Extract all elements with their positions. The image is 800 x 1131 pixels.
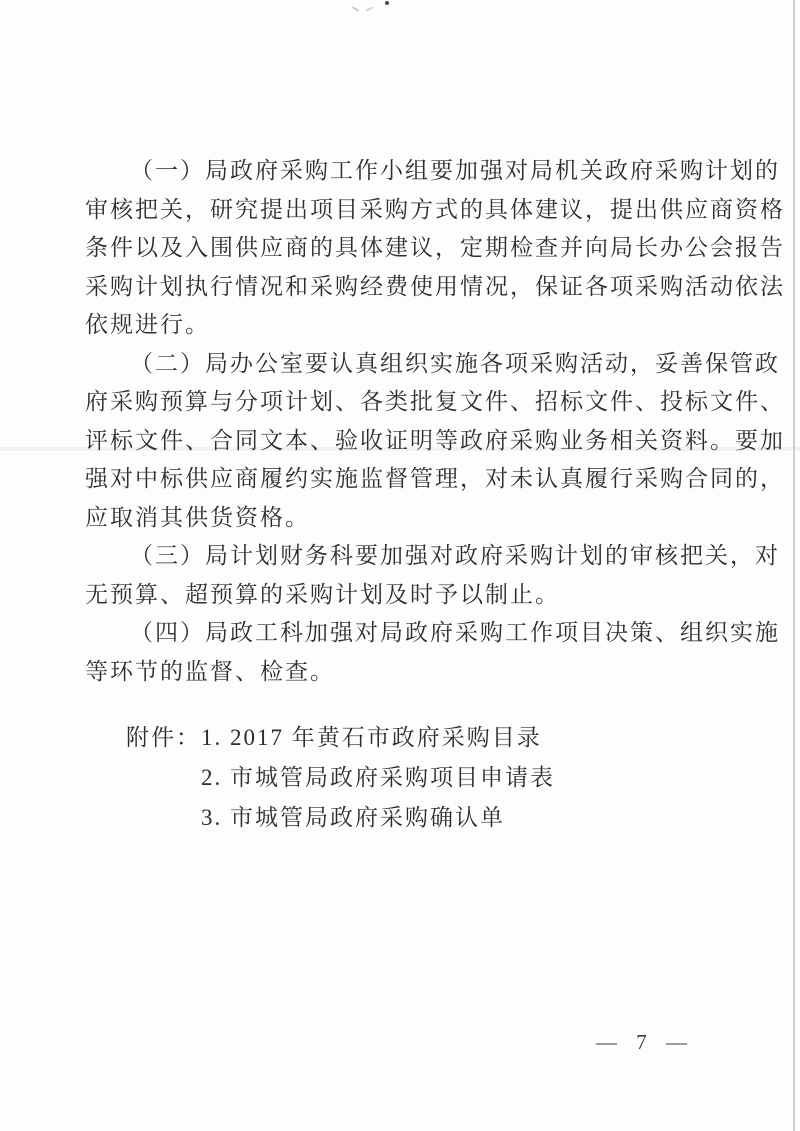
paragraph-list: （一）局政府采购工作小组要加强对局机关政府采购计划的审核把关，研究提出项目采购方… [85,152,725,691]
paragraph-line: 应取消其供货资格。 [85,499,725,538]
attachment-item: 1. 2017 年黄石市政府采购目录 [201,718,555,758]
document-body: （一）局政府采购工作小组要加强对局机关政府采购计划的审核把关，研究提出项目采购方… [85,152,725,838]
paragraph-line: 条件以及入围供应商的具体建议，定期检查并向局长办公会报告 [85,229,725,268]
scan-edge-line [793,0,795,1131]
paragraph-line: 评标文件、合同文本、验收证明等政府采购业务相关资料。要加 [85,422,725,461]
page-number: — 7 — [596,1030,694,1055]
paragraph-line: 府采购预算与分项计划、各类批复文件、招标文件、投标文件、 [85,383,725,422]
paragraph-line: （四）局政工科加强对局政府采购工作项目决策、组织实施 [85,614,725,653]
attachment-item: 3. 市城管局政府采购确认单 [201,798,555,838]
paragraph-2: （二）局办公室要认真组织实施各项采购活动，妥善保管政府采购预算与分项计划、各类批… [85,345,725,538]
paragraph-line: 审核把关，研究提出项目采购方式的具体建议，提出供应商资格 [85,191,725,230]
paragraph-line: 依规进行。 [85,306,725,345]
paragraph-line: （一）局政府采购工作小组要加强对局机关政府采购计划的 [85,152,725,191]
document-page: （一）局政府采购工作小组要加强对局机关政府采购计划的审核把关，研究提出项目采购方… [0,0,800,1131]
attachment-item: 2. 市城管局政府采购项目申请表 [201,758,555,798]
paragraph-3: （三）局计划财务科要加强对政府采购计划的审核把关，对无预算、超预算的采购计划及时… [85,537,725,614]
paragraph-line: 强对中标供应商履约实施监督管理，对未认真履行采购合同的， [85,460,725,499]
paragraph-line: （三）局计划财务科要加强对政府采购计划的审核把关，对 [85,537,725,576]
attachment-items: 1. 2017 年黄石市政府采购目录2. 市城管局政府采购项目申请表3. 市城管… [201,718,555,838]
paragraph-line: （二）局办公室要认真组织实施各项采购活动，妥善保管政 [85,345,725,384]
paragraph-1: （一）局政府采购工作小组要加强对局机关政府采购计划的审核把关，研究提出项目采购方… [85,152,725,345]
paragraph-line: 等环节的监督、检查。 [85,653,725,692]
scan-speck-icon [385,1,389,5]
scan-speck-icon [366,6,373,11]
paragraph-line: 采购计划执行情况和采购经费使用情况，保证各项采购活动依法 [85,268,725,307]
paragraph-4: （四）局政工科加强对局政府采购工作项目决策、组织实施等环节的监督、检查。 [85,614,725,691]
attachment-label: 附件： [126,718,201,758]
attachment-section: 附件： 1. 2017 年黄石市政府采购目录2. 市城管局政府采购项目申请表3.… [85,718,725,838]
scan-speck-icon [352,6,359,11]
paragraph-line: 无预算、超预算的采购计划及时予以制止。 [85,576,725,615]
